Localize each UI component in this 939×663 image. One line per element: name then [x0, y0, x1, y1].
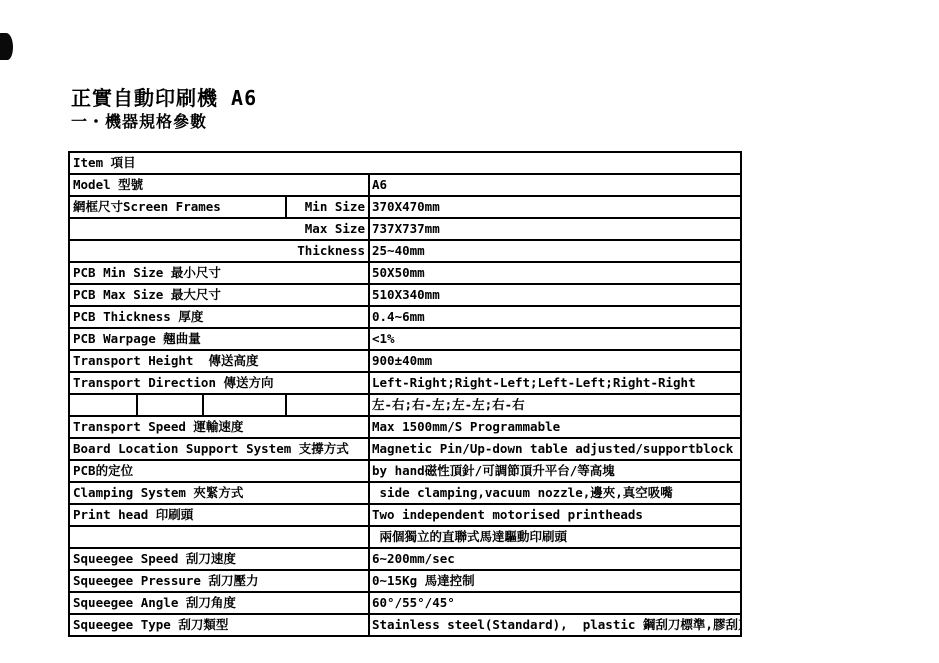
table-row: Squeegee Angle 刮刀角度60°/55°/45°	[69, 592, 741, 614]
value-cell: Left-Right;Right-Left;Left-Left;Right-Ri…	[369, 372, 741, 394]
value-cell: <1%	[369, 328, 741, 350]
value-cell: Two independent motorised printheads	[369, 504, 741, 526]
table-row: Transport Speed 運輸速度Max 1500mm/S Program…	[69, 416, 741, 438]
table-row: Clamping System 夾緊方式 side clamping,vacuu…	[69, 482, 741, 504]
label-cell: Squeegee Pressure 刮刀壓力	[69, 570, 369, 592]
table-row: 兩個獨立的直聯式馬達驅動印刷頭	[69, 526, 741, 548]
label-cell: Max Size	[69, 218, 369, 240]
label-cell: PCB Min Size 最小尺寸	[69, 262, 369, 284]
value-cell: 0.4~6mm	[369, 306, 741, 328]
table-row: Squeegee Speed 刮刀速度6~200mm/sec	[69, 548, 741, 570]
label-cell: Squeegee Angle 刮刀角度	[69, 592, 369, 614]
label-cell: Transport Direction 傳送方向	[69, 372, 369, 394]
label-cell: Print head 印刷頭	[69, 504, 369, 526]
table-row: PCB的定位by hand磁性頂針/可調節頂升平台/等高塊	[69, 460, 741, 482]
label-cell: PCB Thickness 厚度	[69, 306, 369, 328]
label-cell: PCB Warpage 翹曲量	[69, 328, 369, 350]
value-cell: side clamping,vacuum nozzle,邊夾,真空吸嘴	[369, 482, 741, 504]
table-row: 網框尺寸Screen FramesMin Size370X470mm	[69, 196, 741, 218]
table-row: Squeegee Type 刮刀類型Stainless steel(Standa…	[69, 614, 741, 636]
label-cell	[69, 394, 137, 416]
table-row: PCB Thickness 厚度0.4~6mm	[69, 306, 741, 328]
value-cell: Magnetic Pin/Up-down table adjusted/supp…	[369, 438, 741, 460]
label-cell: Min Size	[286, 196, 369, 218]
label-cell: Squeegee Speed 刮刀速度	[69, 548, 369, 570]
label-cell: 網框尺寸Screen Frames	[69, 196, 286, 218]
value-cell: 900±40mm	[369, 350, 741, 372]
label-cell: Board Location Support System 支撐方式	[69, 438, 369, 460]
label-cell	[69, 526, 369, 548]
value-cell: 50X50mm	[369, 262, 741, 284]
label-cell: Transport Height 傳送高度	[69, 350, 369, 372]
label-cell: Clamping System 夾緊方式	[69, 482, 369, 504]
table-row: Transport Direction 傳送方向Left-Right;Right…	[69, 372, 741, 394]
value-cell: Max 1500mm/S Programmable	[369, 416, 741, 438]
spec-table-body: Item 項目Model 型號A6網框尺寸Screen FramesMin Si…	[69, 152, 741, 636]
value-cell: 左-右;右-左;左-左;右-右	[369, 394, 741, 416]
table-row: Item 項目	[69, 152, 741, 174]
scan-artifact-blob	[0, 33, 13, 60]
table-row: 左-右;右-左;左-左;右-右	[69, 394, 741, 416]
label-cell	[137, 394, 203, 416]
table-row: Model 型號A6	[69, 174, 741, 196]
spec-table: Item 項目Model 型號A6網框尺寸Screen FramesMin Si…	[68, 151, 742, 637]
table-row: Thickness25~40mm	[69, 240, 741, 262]
table-row: Max Size737X737mm	[69, 218, 741, 240]
value-cell: A6	[369, 174, 741, 196]
value-cell: 6~200mm/sec	[369, 548, 741, 570]
value-cell: 60°/55°/45°	[369, 592, 741, 614]
value-cell: 0~15Kg 馬達控制	[369, 570, 741, 592]
value-cell: Stainless steel(Standard), plastic 鋼刮刀標準…	[369, 614, 741, 636]
value-cell: 510X340mm	[369, 284, 741, 306]
table-row: Squeegee Pressure 刮刀壓力0~15Kg 馬達控制	[69, 570, 741, 592]
label-cell	[286, 394, 369, 416]
value-cell: by hand磁性頂針/可調節頂升平台/等高塊	[369, 460, 741, 482]
label-cell: PCB的定位	[69, 460, 369, 482]
label-cell: Model 型號	[69, 174, 369, 196]
value-cell: 737X737mm	[369, 218, 741, 240]
table-row: PCB Min Size 最小尺寸50X50mm	[69, 262, 741, 284]
label-cell: Transport Speed 運輸速度	[69, 416, 369, 438]
value-cell: 兩個獨立的直聯式馬達驅動印刷頭	[369, 526, 741, 548]
document-title: 正實自動印刷機 A6	[71, 82, 257, 111]
value-cell: 25~40mm	[369, 240, 741, 262]
label-cell	[203, 394, 286, 416]
label-cell: PCB Max Size 最大尺寸	[69, 284, 369, 306]
label-cell: Thickness	[69, 240, 369, 262]
value-cell: 370X470mm	[369, 196, 741, 218]
table-row: PCB Max Size 最大尺寸510X340mm	[69, 284, 741, 306]
label-cell: Item 項目	[69, 152, 741, 174]
label-cell: Squeegee Type 刮刀類型	[69, 614, 369, 636]
document-subtitle: 一・機器規格參數	[71, 109, 207, 132]
table-row: Board Location Support System 支撐方式Magnet…	[69, 438, 741, 460]
table-row: Transport Height 傳送高度900±40mm	[69, 350, 741, 372]
table-row: PCB Warpage 翹曲量<1%	[69, 328, 741, 350]
table-row: Print head 印刷頭Two independent motorised …	[69, 504, 741, 526]
